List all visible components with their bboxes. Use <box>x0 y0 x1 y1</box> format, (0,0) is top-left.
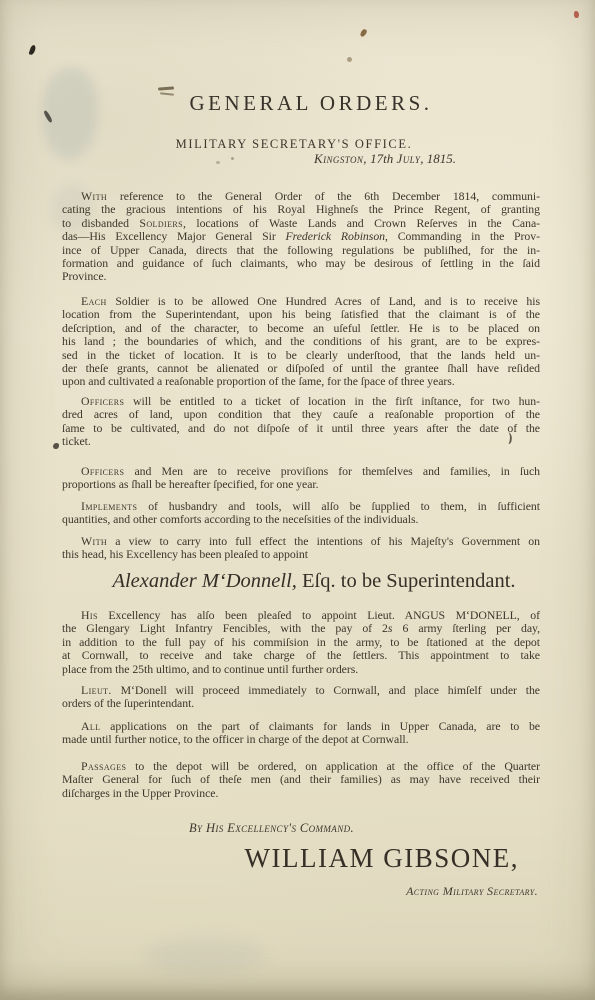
text-line: Officers and Men are to receive proviſio… <box>62 465 540 478</box>
text-line: Lieut. M‘Donell will proceed immediately… <box>62 684 540 697</box>
text-run: Officers <box>81 464 124 478</box>
text-run: Soldiers <box>139 216 183 230</box>
paper-speck <box>231 157 234 160</box>
text-run: place from the 25th ultimo, and to conti… <box>62 662 358 676</box>
paragraph: With a view to carry into full effect th… <box>62 535 540 562</box>
text-run: Alexander M‘Donnell, <box>112 570 296 592</box>
text-line: diſcharges in the Upper Province. <box>62 787 540 800</box>
text-line: formation and guidance of ſuch claimants… <box>62 257 540 270</box>
text-line: das—His Excellency Major General Sir Fre… <box>62 230 540 243</box>
text-run: With <box>81 534 107 548</box>
paragraph: Officers and Men are to receive proviſio… <box>62 465 540 492</box>
text-run: Province. <box>62 269 106 283</box>
paper-speck-2 <box>216 161 220 164</box>
text-run: of husbandry and tools, will alſo be ſup… <box>137 499 540 513</box>
brown-speck-2 <box>347 57 352 62</box>
text-line: to disbanded Soldiers, locations of Wast… <box>62 217 540 230</box>
text-run: formation and guidance of ſuch claimants… <box>62 256 540 270</box>
document-title: GENERAL ORDERS. <box>62 91 540 116</box>
text-line: deſcription, and of the character, to be… <box>62 322 540 335</box>
text-run: Soldier is to be allowed One Hundred Acr… <box>107 294 540 308</box>
text-run: Excellency has alſo been pleaſed to appo… <box>98 608 540 622</box>
text-line: With a view to carry into full effect th… <box>62 535 540 548</box>
text-run: will be entitled to a ticket of location… <box>124 394 540 408</box>
text-run: quantities, and other comforts according… <box>62 512 418 526</box>
text-run: Officers <box>81 394 124 408</box>
text-line: orders of the ſuperintendant. <box>62 697 540 710</box>
secretary-line: Acting Military Secretary. <box>406 884 538 899</box>
text-run: in addition to the full pay of his commi… <box>62 635 540 649</box>
text-run: and Men are to receive proviſions for th… <box>124 464 540 478</box>
text-run: to the depot will be ordered, on applica… <box>126 759 540 773</box>
text-line: the Glengary Light Infantry Fencibles, w… <box>62 622 540 635</box>
text-run: ſame to be cultivated, and do not diſpoſ… <box>62 421 540 435</box>
office-line: MILITARY SECRETARY'S OFFICE. <box>62 137 540 152</box>
text-run: , 1815. <box>420 151 456 166</box>
text-line: Maſter General for ſuch of theſe men (an… <box>62 773 540 786</box>
text-line: ſame to be cultivated, and do not diſpoſ… <box>62 422 540 435</box>
text-run: diſcharges in the Upper Province. <box>62 786 218 800</box>
text-line: place from the 25th ultimo, and to conti… <box>62 663 540 676</box>
text-run: Eſq. to be Superintendant. <box>297 570 516 592</box>
ink-fleck-mark <box>43 110 53 123</box>
text-line: location from the Superintendant, upon h… <box>62 308 540 321</box>
text-run: Each <box>81 294 107 308</box>
paragraph: With reference to the General Order of t… <box>62 190 540 284</box>
text-run: proportions as ſhall be hereafter ſpecif… <box>62 477 319 491</box>
text-run: deſcription, and of the character, to be… <box>62 321 540 335</box>
text-run: Passages <box>81 759 126 773</box>
paragraph: Lieut. M‘Donell will proceed immediately… <box>62 684 540 711</box>
text-line: Each Soldier is to be allowed One Hundre… <box>62 295 540 308</box>
red-speck <box>574 11 579 18</box>
signature-name: WILLIAM GIBSONE, <box>245 843 519 874</box>
paragraph: Implements of husbandry and tools, will … <box>62 500 540 527</box>
text-run: M‘Donell will proceed immediately to Cor… <box>112 683 540 697</box>
text-run: Maſter General for ſuch of theſe men (an… <box>62 772 540 786</box>
text-run: Implements <box>81 499 137 513</box>
text-run: applications on the part of claimants fo… <box>101 719 541 733</box>
text-run: ticket. <box>62 434 91 448</box>
text-line: Province. <box>62 270 540 283</box>
text-line: upon and cultivated a reaſonable proport… <box>62 375 540 388</box>
ink-comma-mark <box>29 44 37 55</box>
text-run: dred acres of land, upon condition that … <box>62 407 540 421</box>
text-run: His <box>81 608 98 622</box>
text-run: July <box>397 151 421 166</box>
text-line: this head, his Excellency has been pleaſ… <box>62 548 540 561</box>
text-run: Acting Military Secretary. <box>406 884 538 898</box>
text-run: location from the Superintendant, upon h… <box>62 307 540 321</box>
text-line: Officers will be entitled to a ticket of… <box>62 395 540 408</box>
text-run: sed in the ticket of location. It is to … <box>62 348 540 362</box>
text-run: the Glengary Light Infantry Fencibles, w… <box>62 621 388 635</box>
text-run: orders of the ſuperintendant. <box>62 696 194 710</box>
text-run: der theſe grants, cannot be alienated or… <box>62 361 540 375</box>
text-run: das—His Excellency Major General Sir <box>62 229 285 243</box>
text-line: ince of Upper Canada, directs that the f… <box>62 244 540 257</box>
text-line: Passages to the depot will be ordered, o… <box>62 760 540 773</box>
text-run: 17th <box>367 151 397 166</box>
paragraph: Passages to the depot will be ordered, o… <box>62 760 540 800</box>
text-run: a view to carry into full effect the int… <box>107 534 540 548</box>
document-page: GENERAL ORDERS. MILITARY SECRETARY'S OFF… <box>0 0 595 1000</box>
text-line: his land ; the boundaries of which, and … <box>62 335 540 348</box>
text-run: Kingston, <box>314 151 367 166</box>
text-line: at Cornwall, to receive and take charge … <box>62 649 540 662</box>
paragraph: His Excellency has alſo been pleaſed to … <box>62 609 540 676</box>
text-run: Frederick Robinson <box>285 229 385 243</box>
text-line: in addition to the full pay of his commi… <box>62 636 540 649</box>
text-run: Lieut. <box>81 683 112 697</box>
text-run: , locations of Waste Lands and Crown Reſ… <box>183 216 540 230</box>
command-line: By His Excellency's Command. <box>189 821 354 836</box>
text-run: upon and cultivated a reaſonable proport… <box>62 374 455 388</box>
text-line: All applications on the part of claimant… <box>62 720 540 733</box>
text-line: made until further notice, to the office… <box>62 733 540 746</box>
paragraph: All applications on the part of claimant… <box>62 720 540 747</box>
text-line: Implements of husbandry and tools, will … <box>62 500 540 513</box>
text-run: to disbanded <box>62 216 139 230</box>
brown-speck <box>359 28 367 37</box>
pen-dash-mark <box>158 86 174 90</box>
text-run: made until further notice, to the office… <box>62 732 409 746</box>
text-line: His Excellency has alſo been pleaſed to … <box>62 609 540 622</box>
text-run: All <box>81 719 101 733</box>
text-line: cating the gracious intentions of his Ro… <box>62 203 540 216</box>
text-run: his land ; the boundaries of which, and … <box>62 334 540 348</box>
paragraph: Each Soldier is to be allowed One Hundre… <box>62 295 540 389</box>
text-run: By His Excellency's Command. <box>189 821 354 835</box>
blue-ink-stain-3 <box>145 938 265 972</box>
text-run: cating the gracious intentions of his Ro… <box>62 202 540 216</box>
paragraph: Officers will be entitled to a ticket of… <box>62 395 540 449</box>
text-line: ticket. <box>62 435 540 448</box>
text-run: this head, his Excellency has been pleaſ… <box>62 547 308 561</box>
dateline: Kingston, 17th July, 1815. <box>314 151 456 167</box>
text-run: at Cornwall, to receive and take charge … <box>62 648 540 662</box>
text-line: der theſe grants, cannot be alienated or… <box>62 362 540 375</box>
ink-speck <box>53 443 59 449</box>
text-line: quantities, and other comforts according… <box>62 513 540 526</box>
text-run: ince of Upper Canada, directs that the f… <box>62 243 540 257</box>
text-line: dred acres of land, upon condition that … <box>62 408 540 421</box>
text-run: With <box>81 189 107 203</box>
appointment-line: Alexander M‘Donnell, Eſq. to be Superint… <box>62 570 540 593</box>
text-line: With reference to the General Order of t… <box>62 190 540 203</box>
text-run: reference to the General Order of the 6t… <box>107 189 540 203</box>
text-run: 6 army ſterling per day, <box>392 621 540 635</box>
text-line: sed in the ticket of location. It is to … <box>62 349 540 362</box>
text-run: , Commanding in the Prov- <box>385 229 540 243</box>
text-line: proportions as ſhall be hereafter ſpecif… <box>62 478 540 491</box>
